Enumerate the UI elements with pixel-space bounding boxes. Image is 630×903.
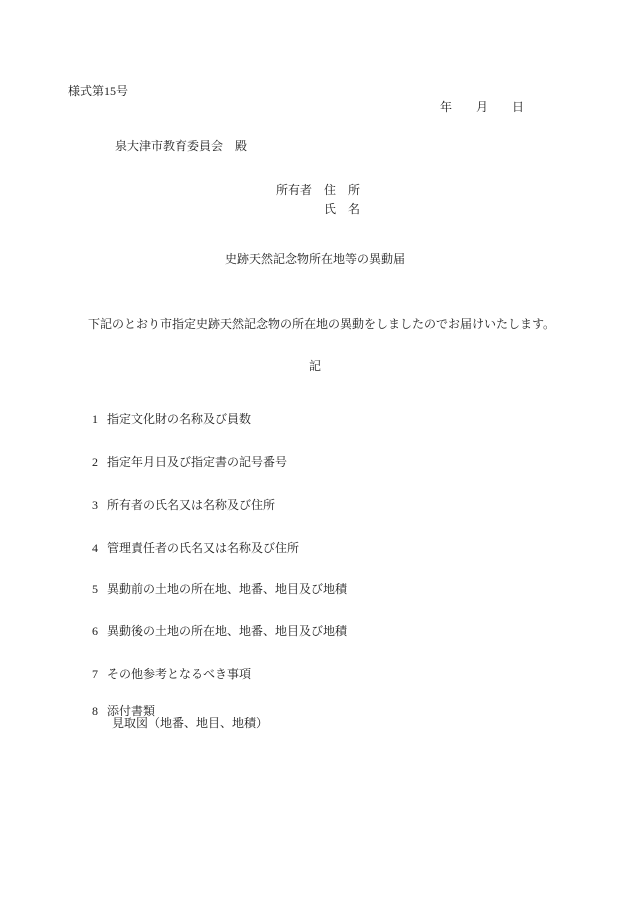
list-item: 6異動後の土地の所在地、地番、地目及び地積 [80,613,347,649]
item-text: 指定文化財の名称及び員数 [107,412,251,426]
item-text: 管理責任者の氏名又は名称及び住所 [107,541,299,555]
list-item: 2指定年月日及び指定書の記号番号 [80,444,287,480]
item-number: 1 [92,413,107,425]
item-number: 5 [92,583,107,595]
document-page: 様式第15号 年 月 日 泉大津市教育委員会 殿 所有者 住 所 氏 名 史跡天… [0,0,630,903]
item-text: 所有者の氏名又は名称及び住所 [107,498,275,512]
attachment-detail: 見取図（地番、地目、地積） [112,717,268,729]
form-number: 様式第15号 [68,85,128,97]
item-text: 異動後の土地の所在地、地番、地目及び地積 [107,624,347,638]
record-marker: 記 [0,360,630,372]
item-number: 4 [92,542,107,554]
owner-name-label: 氏 名 [324,203,360,215]
item-text: その他参考となるべき事項 [107,667,251,681]
list-item: 3所有者の氏名又は名称及び住所 [80,487,275,523]
list-item: 1指定文化財の名称及び員数 [80,401,251,437]
document-title: 史跡天然記念物所在地等の異動届 [0,253,630,265]
list-item: 7その他参考となるべき事項 [80,656,251,692]
date-line: 年 月 日 [440,101,524,113]
list-item: 4管理責任者の氏名又は名称及び住所 [80,530,299,566]
item-number: 2 [92,456,107,468]
owner-address-label: 所有者 住 所 [276,184,360,196]
item-number: 3 [92,499,107,511]
item-text: 指定年月日及び指定書の記号番号 [107,455,287,469]
item-number: 8 [92,705,107,717]
item-number: 7 [92,668,107,680]
list-item: 5異動前の土地の所在地、地番、地目及び地積 [80,571,347,607]
body-paragraph: 下記のとおり市指定史跡天然記念物の所在地の異動をしましたのでお届けいたします。 [88,318,555,330]
item-number: 6 [92,625,107,637]
item-text: 異動前の土地の所在地、地番、地目及び地積 [107,582,347,596]
addressee: 泉大津市教育委員会 殿 [115,140,247,152]
